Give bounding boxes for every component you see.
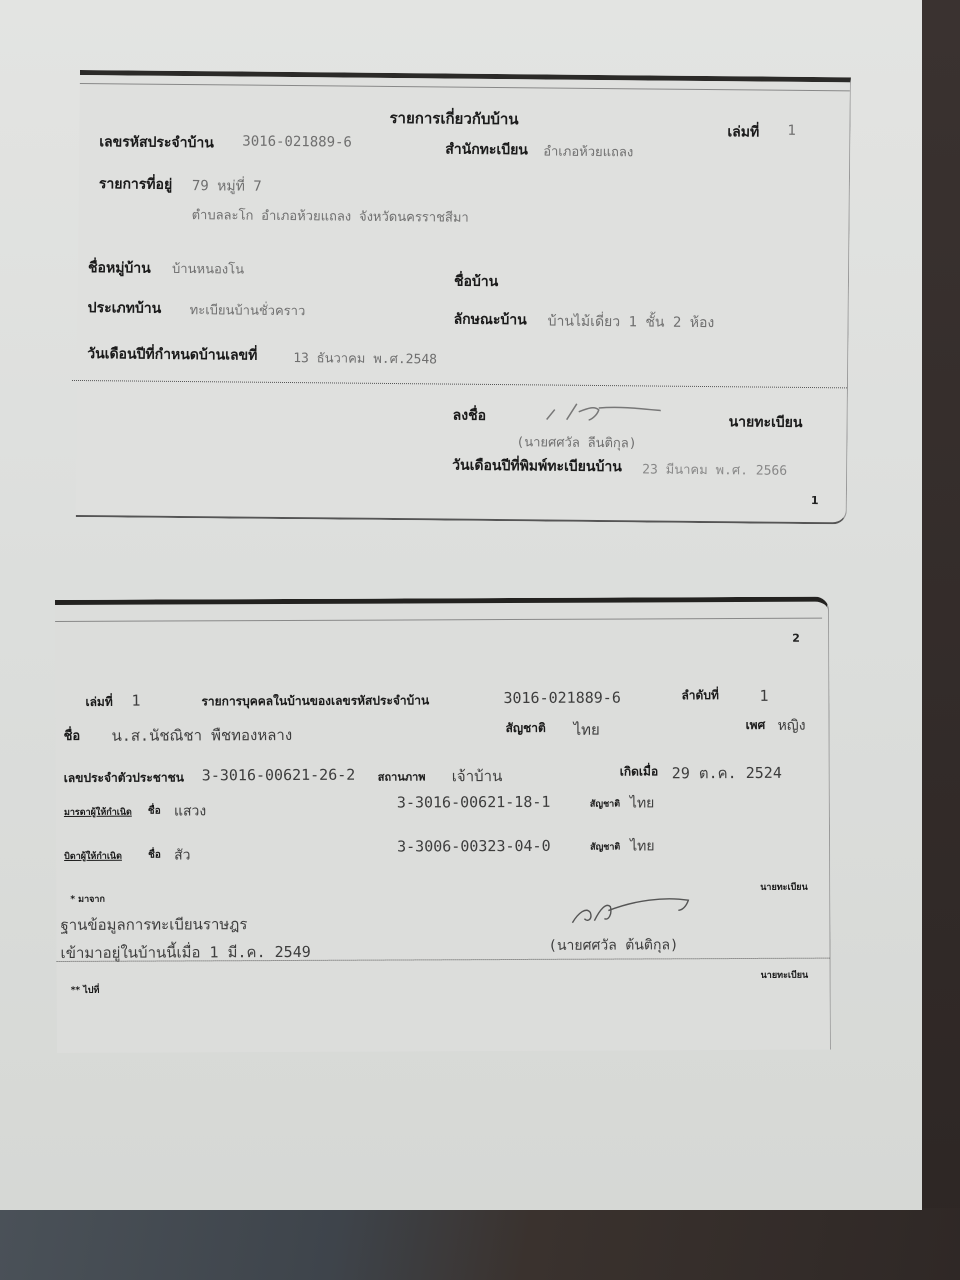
name-value: น.ส.นัชณิชา พืชทองหลาง: [112, 723, 293, 748]
desk-background-bottom: [0, 1208, 960, 1280]
page-number: 2: [792, 632, 800, 645]
registrar-signature-icon: [564, 888, 694, 929]
father-name-value: สัว: [174, 844, 191, 866]
house-character-value: บ้านไม้เดี่ยว 1 ชั้น 2 ห้อง: [548, 311, 715, 335]
house-name-label: ชื่อบ้าน: [454, 271, 498, 293]
registrar-title-1: นายทะเบียน: [760, 880, 808, 894]
person-details-card: 2 เล่มที่ 1 รายการบุคคลในบ้านของเลขรหัสป…: [55, 597, 831, 1053]
nationality-value: ไทย: [574, 718, 600, 742]
card-top-rule: [80, 83, 850, 91]
house-type-label: ประเภทบ้าน: [88, 297, 162, 320]
birth-date-value: 29 ต.ค. 2524: [672, 761, 782, 785]
status-label: สถานภาพ: [378, 767, 426, 785]
registry-office-value: อำเภอห้วยแถลง: [543, 140, 633, 162]
section-divider: [72, 380, 847, 388]
father-name-label: ชื่อ: [148, 848, 161, 863]
print-date-label: วันเดือนปีที่พิมพ์ทะเบียนบ้าน: [452, 455, 622, 479]
registrar-title-2: นายทะเบียน: [761, 968, 809, 982]
name-label: ชื่อ: [64, 725, 81, 746]
birth-date-label: เกิดเมื่อ: [620, 762, 658, 781]
father-id-value: 3-3006-00323-04-0: [397, 837, 551, 856]
house-character-label: ลักษณะบ้าน: [454, 309, 527, 332]
signature-label: ลงชื่อ: [453, 405, 487, 427]
registrar-title: นายทะเบียน: [729, 411, 803, 434]
address-label: รายการที่อยู่: [99, 173, 172, 196]
number-assigned-date-label: วันเดือนปีที่กำหนดบ้านเลขที่: [87, 343, 257, 367]
nationality-label: สัญชาติ: [506, 719, 546, 738]
mother-name-label: ชื่อ: [148, 804, 161, 819]
mother-name-value: แสวง: [174, 800, 206, 822]
mother-nationality-label: สัญชาติ: [590, 797, 620, 811]
father-nationality-value: ไทย: [630, 835, 655, 857]
desk-background-right: [922, 0, 960, 1280]
status-value: เจ้าบ้าน: [452, 764, 503, 788]
sex-value: หญิง: [778, 715, 806, 737]
volume-label: เล่มที่: [85, 693, 112, 712]
moved-from-label: * มาจาก: [70, 892, 105, 906]
registrar-signature-icon: [539, 397, 669, 428]
number-assigned-date-value: 13 ธันวาคม พ.ศ.2548: [293, 347, 437, 369]
card-title: รายการเกี่ยวกับบ้าน: [389, 106, 518, 131]
house-code-label: เลขรหัสประจำบ้าน: [99, 131, 214, 154]
mother-nationality-value: ไทย: [630, 792, 655, 814]
village-name-label: ชื่อหมู่บ้าน: [88, 257, 151, 280]
mother-id-value: 3-3016-00621-18-1: [397, 793, 551, 812]
moved-to-label: ** ไปที่: [71, 983, 100, 997]
house-details-card: รายการเกี่ยวกับบ้าน เล่มที่ 1 เลขรหัสประ…: [76, 70, 851, 524]
registrar-name: (นายศศวัล ลีนติกุล): [516, 431, 636, 453]
card-top-rule: [55, 618, 822, 622]
page-number: 1: [811, 494, 819, 507]
address-line-2: ตำบลละโก อำเภอห้วยแถลง จังหวัดนครราชสีมา: [192, 204, 469, 228]
persons-heading: รายการบุคคลในบ้านของเลขรหัสประจำบ้าน: [201, 691, 429, 711]
mother-label: มารดาผู้ให้กำเนิด: [64, 805, 132, 819]
order-value: 1: [759, 687, 768, 705]
house-code-value: 3016-021889-6: [503, 689, 620, 708]
father-nationality-label: สัญชาติ: [590, 840, 620, 854]
volume-value: 1: [131, 692, 140, 710]
registry-office-label: สำนักทะเบียน: [445, 139, 528, 162]
sex-label: เพศ: [746, 716, 766, 735]
volume-value: 1: [787, 123, 796, 139]
house-code-value: 3016-021889-6: [242, 134, 352, 151]
order-label: ลำดับที่: [681, 686, 719, 705]
father-label: บิดาผู้ให้กำเนิด: [64, 849, 122, 863]
paper-sheet: รายการเกี่ยวกับบ้าน เล่มที่ 1 เลขรหัสประ…: [0, 0, 922, 1210]
citizen-id-label: เลขประจำตัวประชาชน: [64, 768, 184, 788]
registrar-name: (นายศศวัล ต้นติกุล): [548, 934, 678, 957]
citizen-id-value: 3-3016-00621-26-2: [202, 766, 356, 785]
house-type-value: ทะเบียนบ้านชั่วคราว: [190, 299, 306, 321]
village-name-value: บ้านหนองโน: [172, 258, 244, 280]
volume-label: เล่มที่: [727, 121, 759, 143]
print-date-value: 23 มีนาคม พ.ศ. 2566: [642, 458, 787, 480]
moved-from-value: ฐานข้อมูลการทะเบียนราษฎร: [60, 912, 247, 937]
address-line-1: 79 หมู่ที่ 7: [192, 175, 262, 198]
